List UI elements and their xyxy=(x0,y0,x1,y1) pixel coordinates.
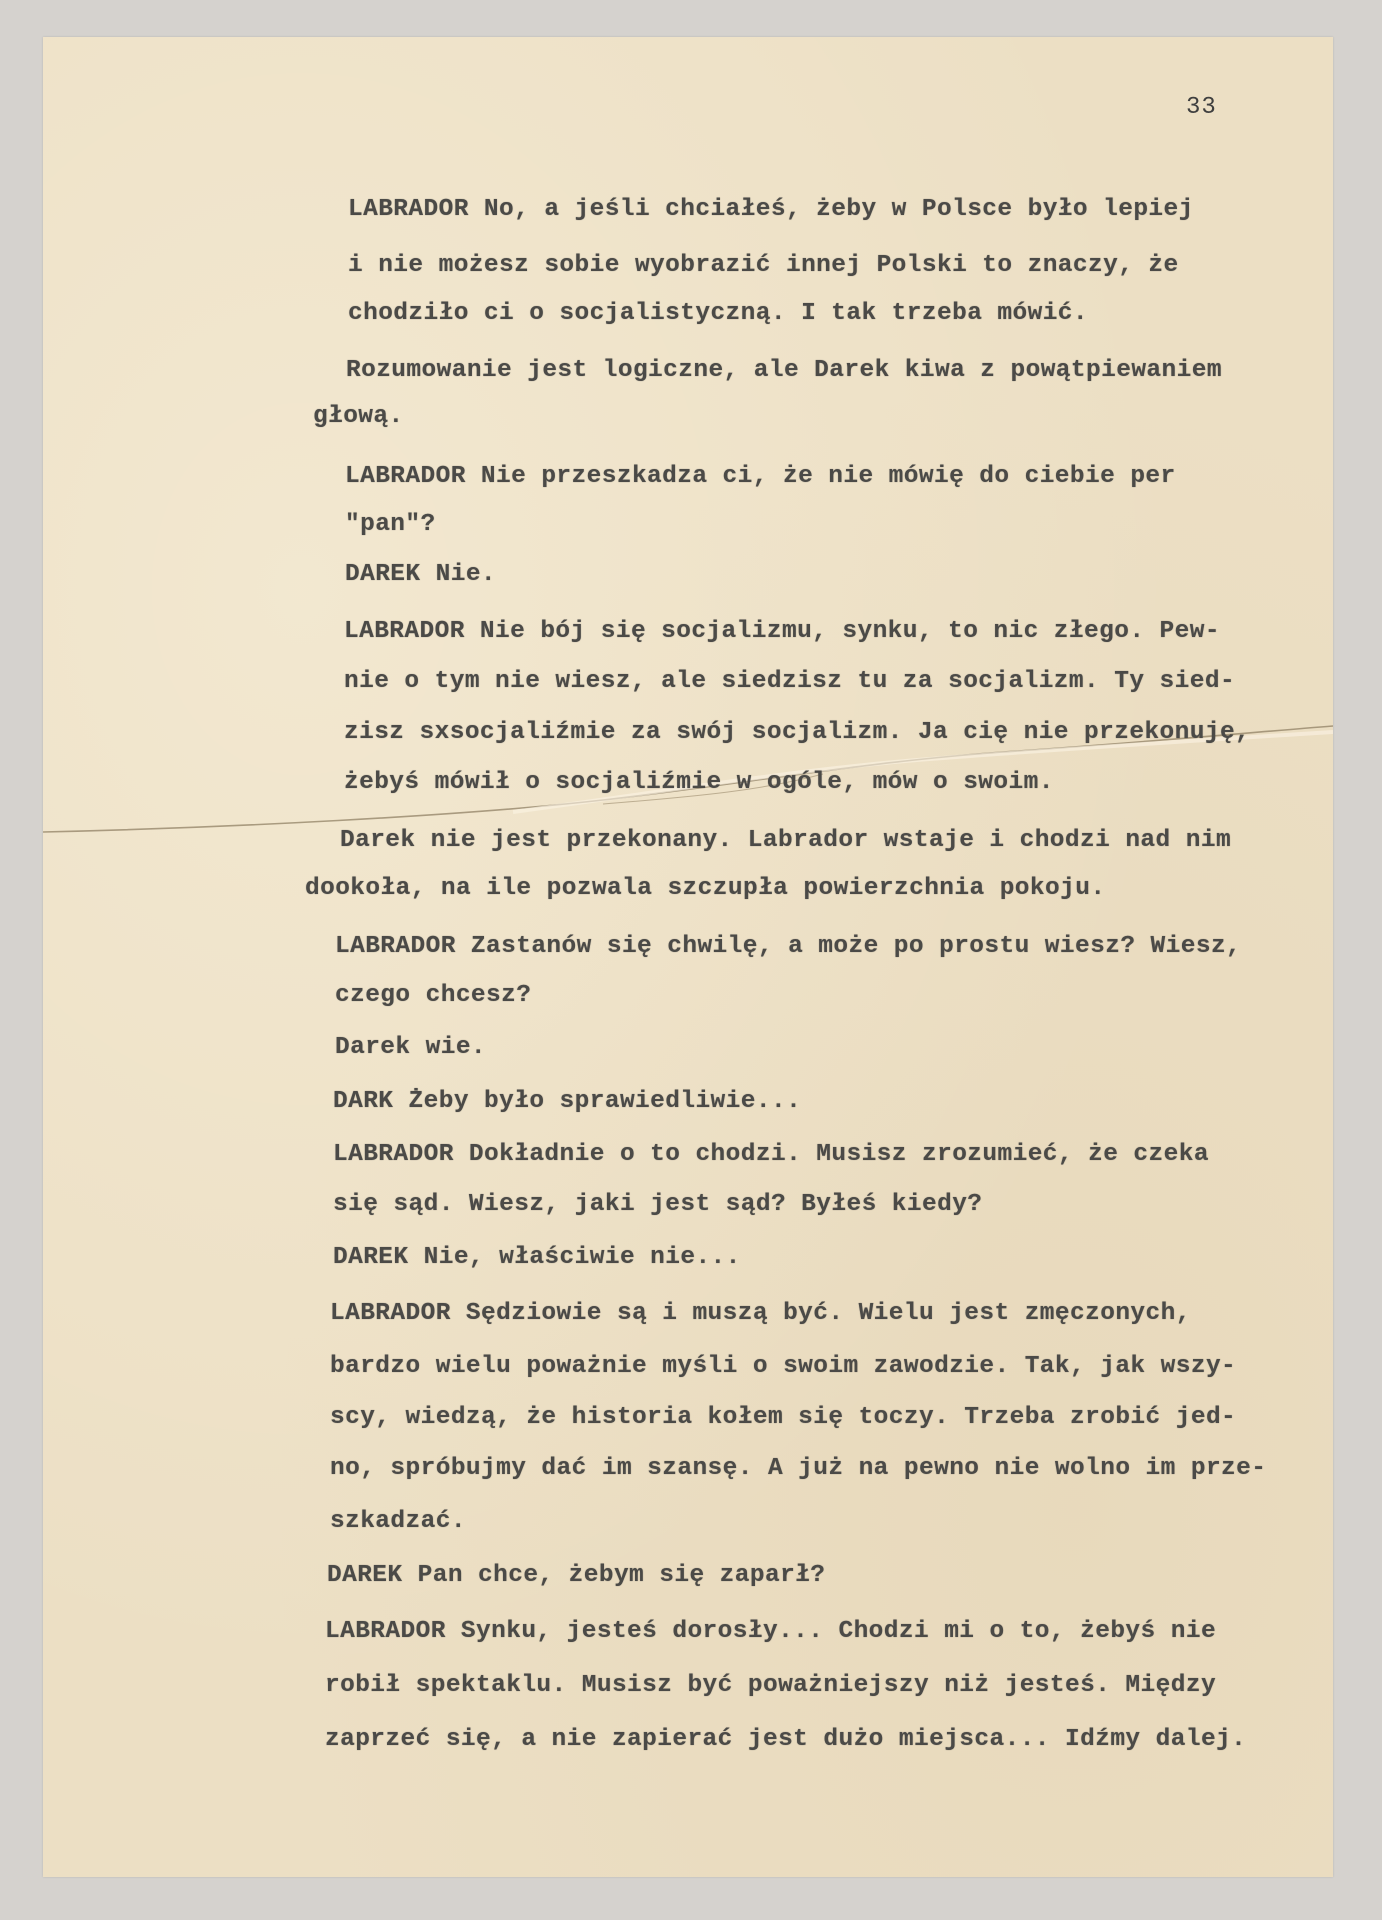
text-line: bardzo wielu poważnie myśli o swoim zawo… xyxy=(330,1353,1236,1380)
text-line: LABRADOR Dokładnie o to chodzi. Musisz z… xyxy=(333,1141,1209,1168)
text-line: zisz sxsocjaliźmie za swój socjalizm. Ja… xyxy=(344,719,1250,746)
text-line: głową. xyxy=(313,403,404,430)
text-line: LABRADOR Nie przeszkadza ci, że nie mówi… xyxy=(345,463,1176,490)
text-line: DAREK Nie, właściwie nie... xyxy=(333,1244,741,1271)
text-line: Darek wie. xyxy=(335,1034,486,1061)
text-line: szkadzać. xyxy=(330,1508,466,1535)
text-line: żebyś mówił o socjaliźmie w ogóle, mów o… xyxy=(344,769,1054,796)
text-line: dookoła, na ile pozwala szczupła powierz… xyxy=(305,875,1105,902)
text-line: zaprzeć się, a nie zapierać jest dużo mi… xyxy=(325,1726,1246,1753)
text-line: LABRADOR Nie bój się socjalizmu, synku, … xyxy=(344,618,1220,645)
text-line: LABRADOR Zastanów się chwilę, a może po … xyxy=(335,933,1241,960)
text-line: nie o tym nie wiesz, ale siedzisz tu za … xyxy=(344,668,1235,695)
text-line: LABRADOR Synku, jesteś dorosły... Chodzi… xyxy=(325,1618,1216,1645)
text-line: LABRADOR Sędziowie są i muszą być. Wielu… xyxy=(330,1300,1191,1327)
text-line: czego chcesz? xyxy=(335,982,531,1009)
text-line: no, spróbujmy dać im szansę. A już na pe… xyxy=(330,1455,1266,1482)
text-line: DAREK Pan chce, żebym się zaparł? xyxy=(327,1562,825,1589)
text-line: DARK Żeby było sprawiedliwie... xyxy=(333,1088,801,1115)
text-line: LABRADOR No, a jeśli chciałeś, żeby w Po… xyxy=(348,196,1194,223)
text-line: chodziło ci o socjalistyczną. I tak trze… xyxy=(348,300,1088,327)
text-line: scy, wiedzą, że historia kołem się toczy… xyxy=(330,1404,1236,1431)
text-line: Rozumowanie jest logiczne, ale Darek kiw… xyxy=(346,357,1222,384)
text-line: Darek nie jest przekonany. Labrador wsta… xyxy=(340,827,1231,854)
text-line: "pan"? xyxy=(345,511,436,538)
text-line: DAREK Nie. xyxy=(345,561,496,588)
text-line: i nie możesz sobie wyobrazić innej Polsk… xyxy=(348,252,1179,279)
text-line: robił spektaklu. Musisz być poważniejszy… xyxy=(325,1672,1216,1699)
text-line: się sąd. Wiesz, jaki jest sąd? Byłeś kie… xyxy=(333,1191,982,1218)
page-number: 33 xyxy=(1186,94,1217,121)
